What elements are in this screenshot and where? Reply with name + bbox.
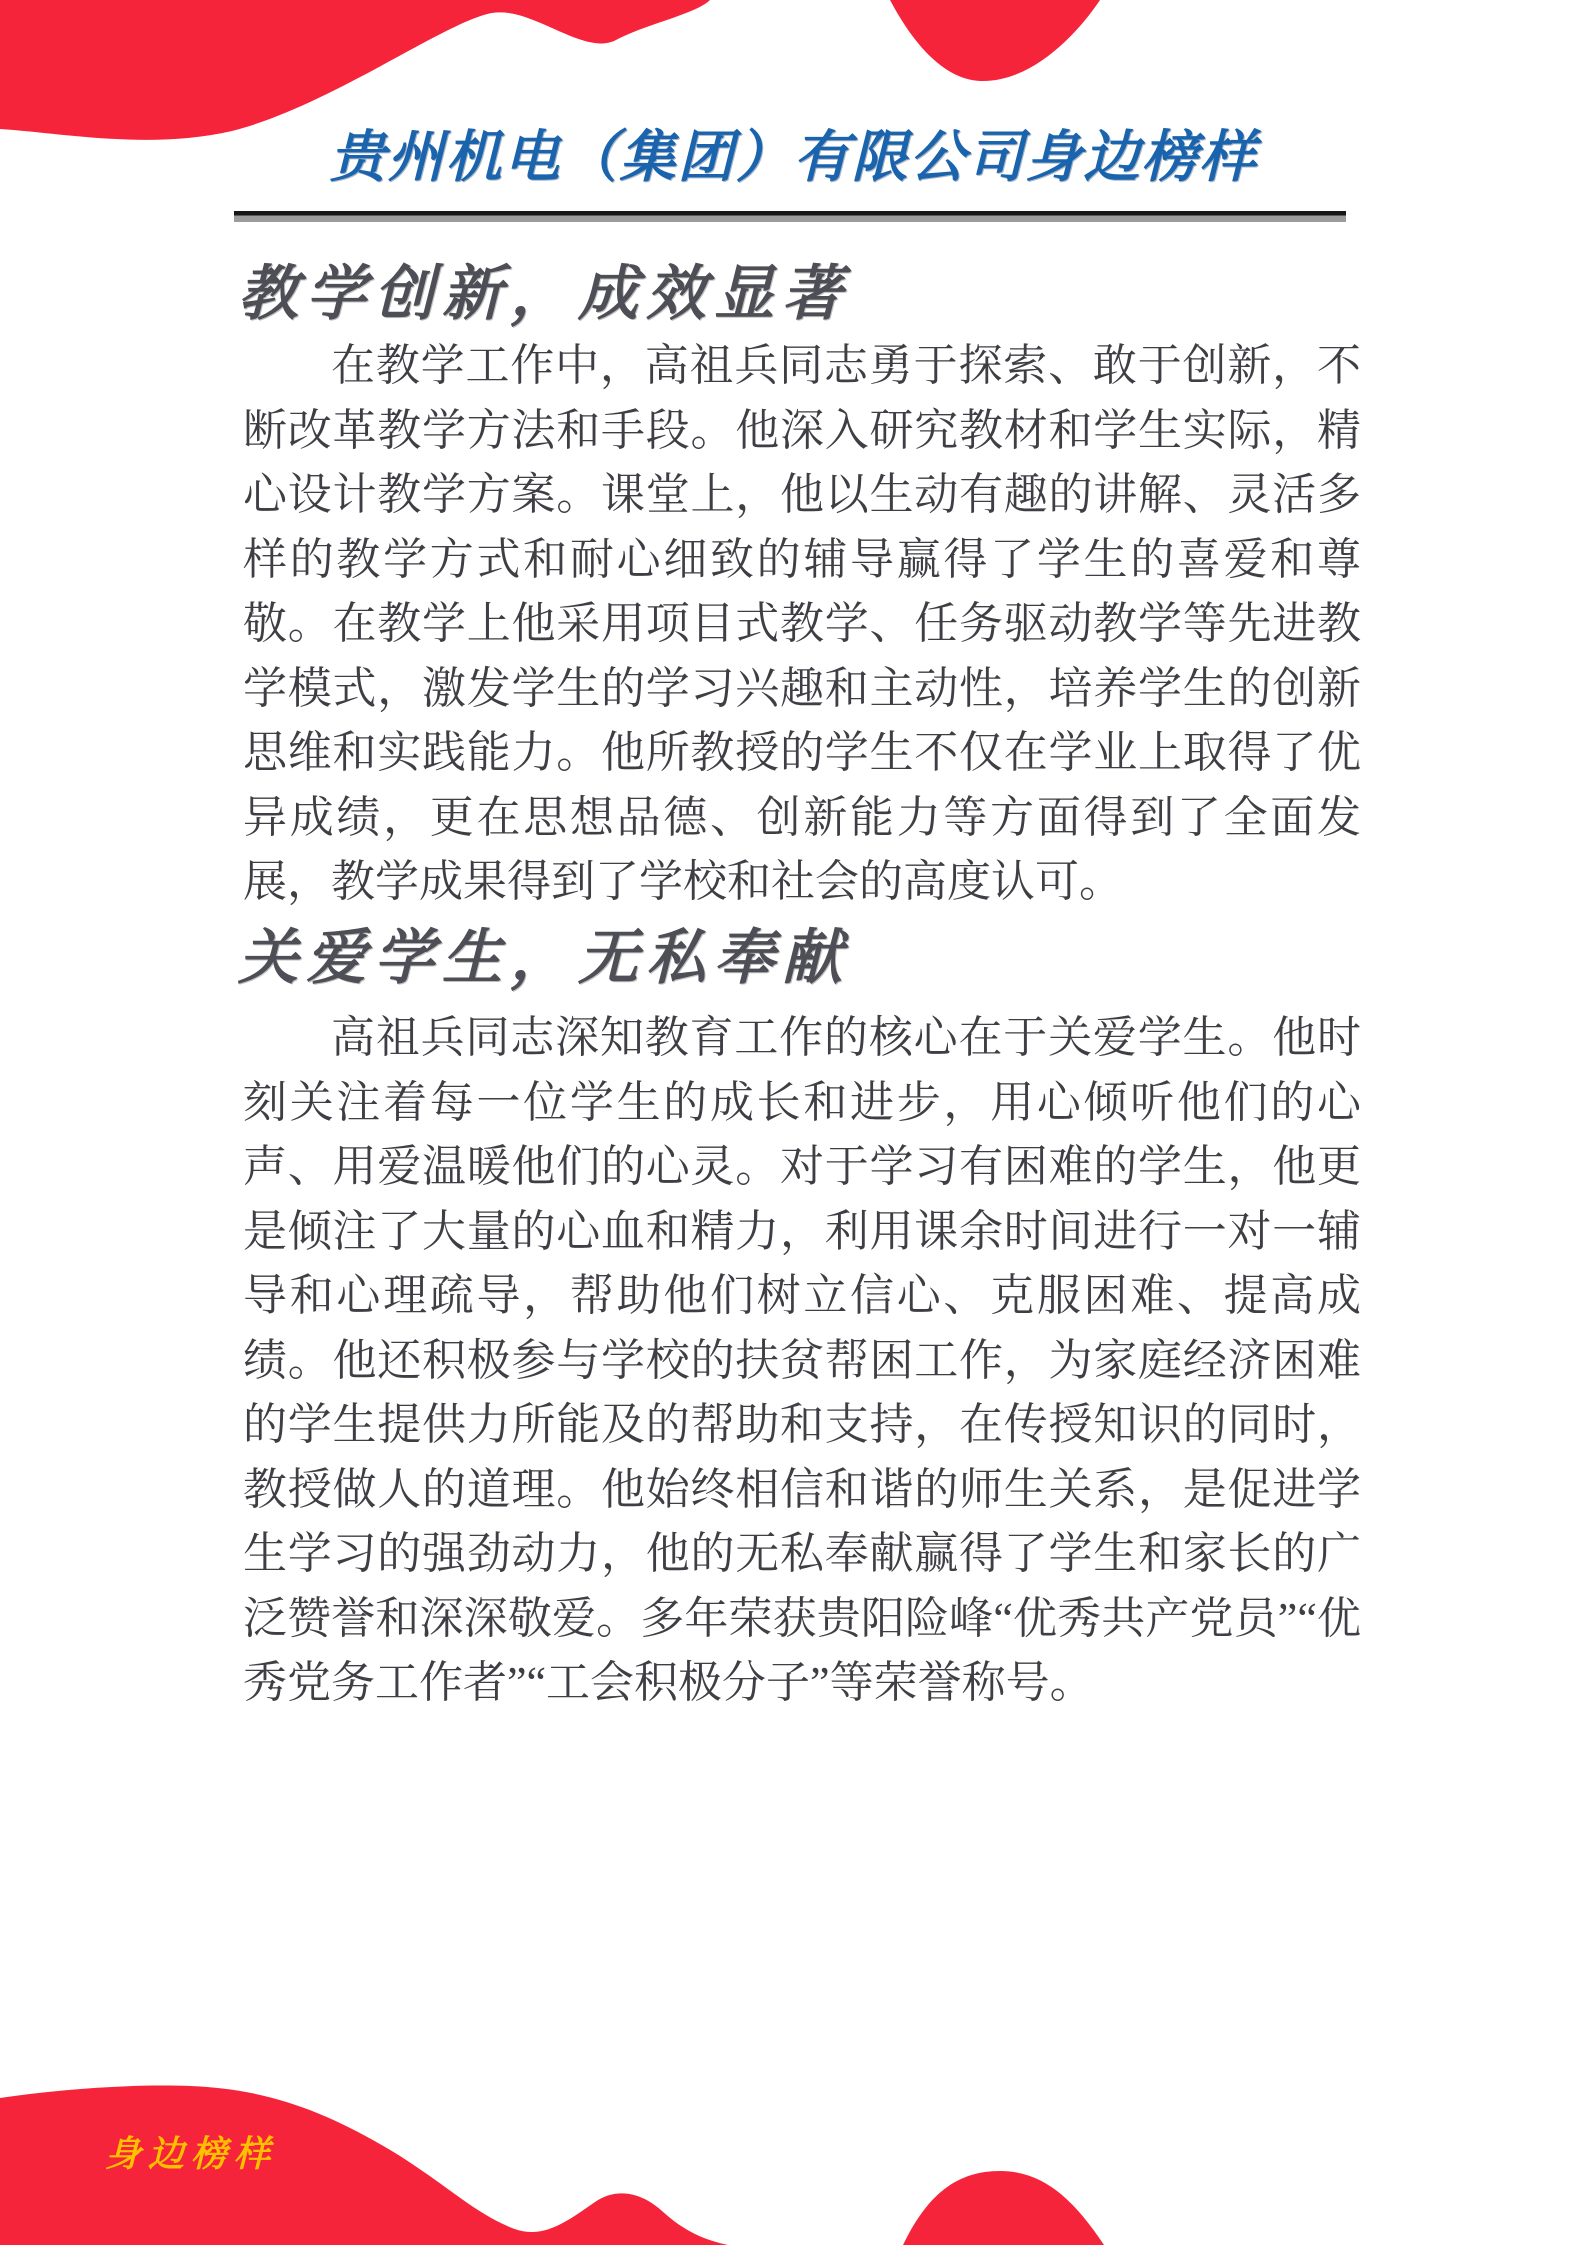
top-right-red-ribbon (890, 0, 1100, 81)
title-underline-rule (234, 211, 1346, 222)
section-paragraph-caring-students: 高祖兵同志深知教育工作的核心在于关爱学生。他时刻关注着每一位学生的成长和进步，用… (243, 1006, 1361, 1716)
section-paragraph-teaching-innovation: 在教学工作中，高祖兵同志勇于探索、敢于创新，不断改革教学方法和手段。他深入研究教… (243, 334, 1361, 915)
bottom-red-ribbons (0, 1995, 1587, 2245)
page-title: 贵州机电（集团）有限公司身边榜样 (0, 122, 1587, 192)
top-left-red-ribbon (0, 0, 710, 140)
document-page: 贵州机电（集团）有限公司身边榜样 教学创新，成效显著 在教学工作中，高祖兵同志勇… (0, 0, 1587, 2245)
section-heading-teaching-innovation: 教学创新，成效显著 (238, 258, 1358, 330)
section-heading-caring-students: 关爱学生，无私奉献 (238, 922, 1358, 994)
footer-watermark-badge: 身边榜样 (105, 2126, 277, 2177)
bottom-right-red-ribbon (903, 2171, 1104, 2245)
